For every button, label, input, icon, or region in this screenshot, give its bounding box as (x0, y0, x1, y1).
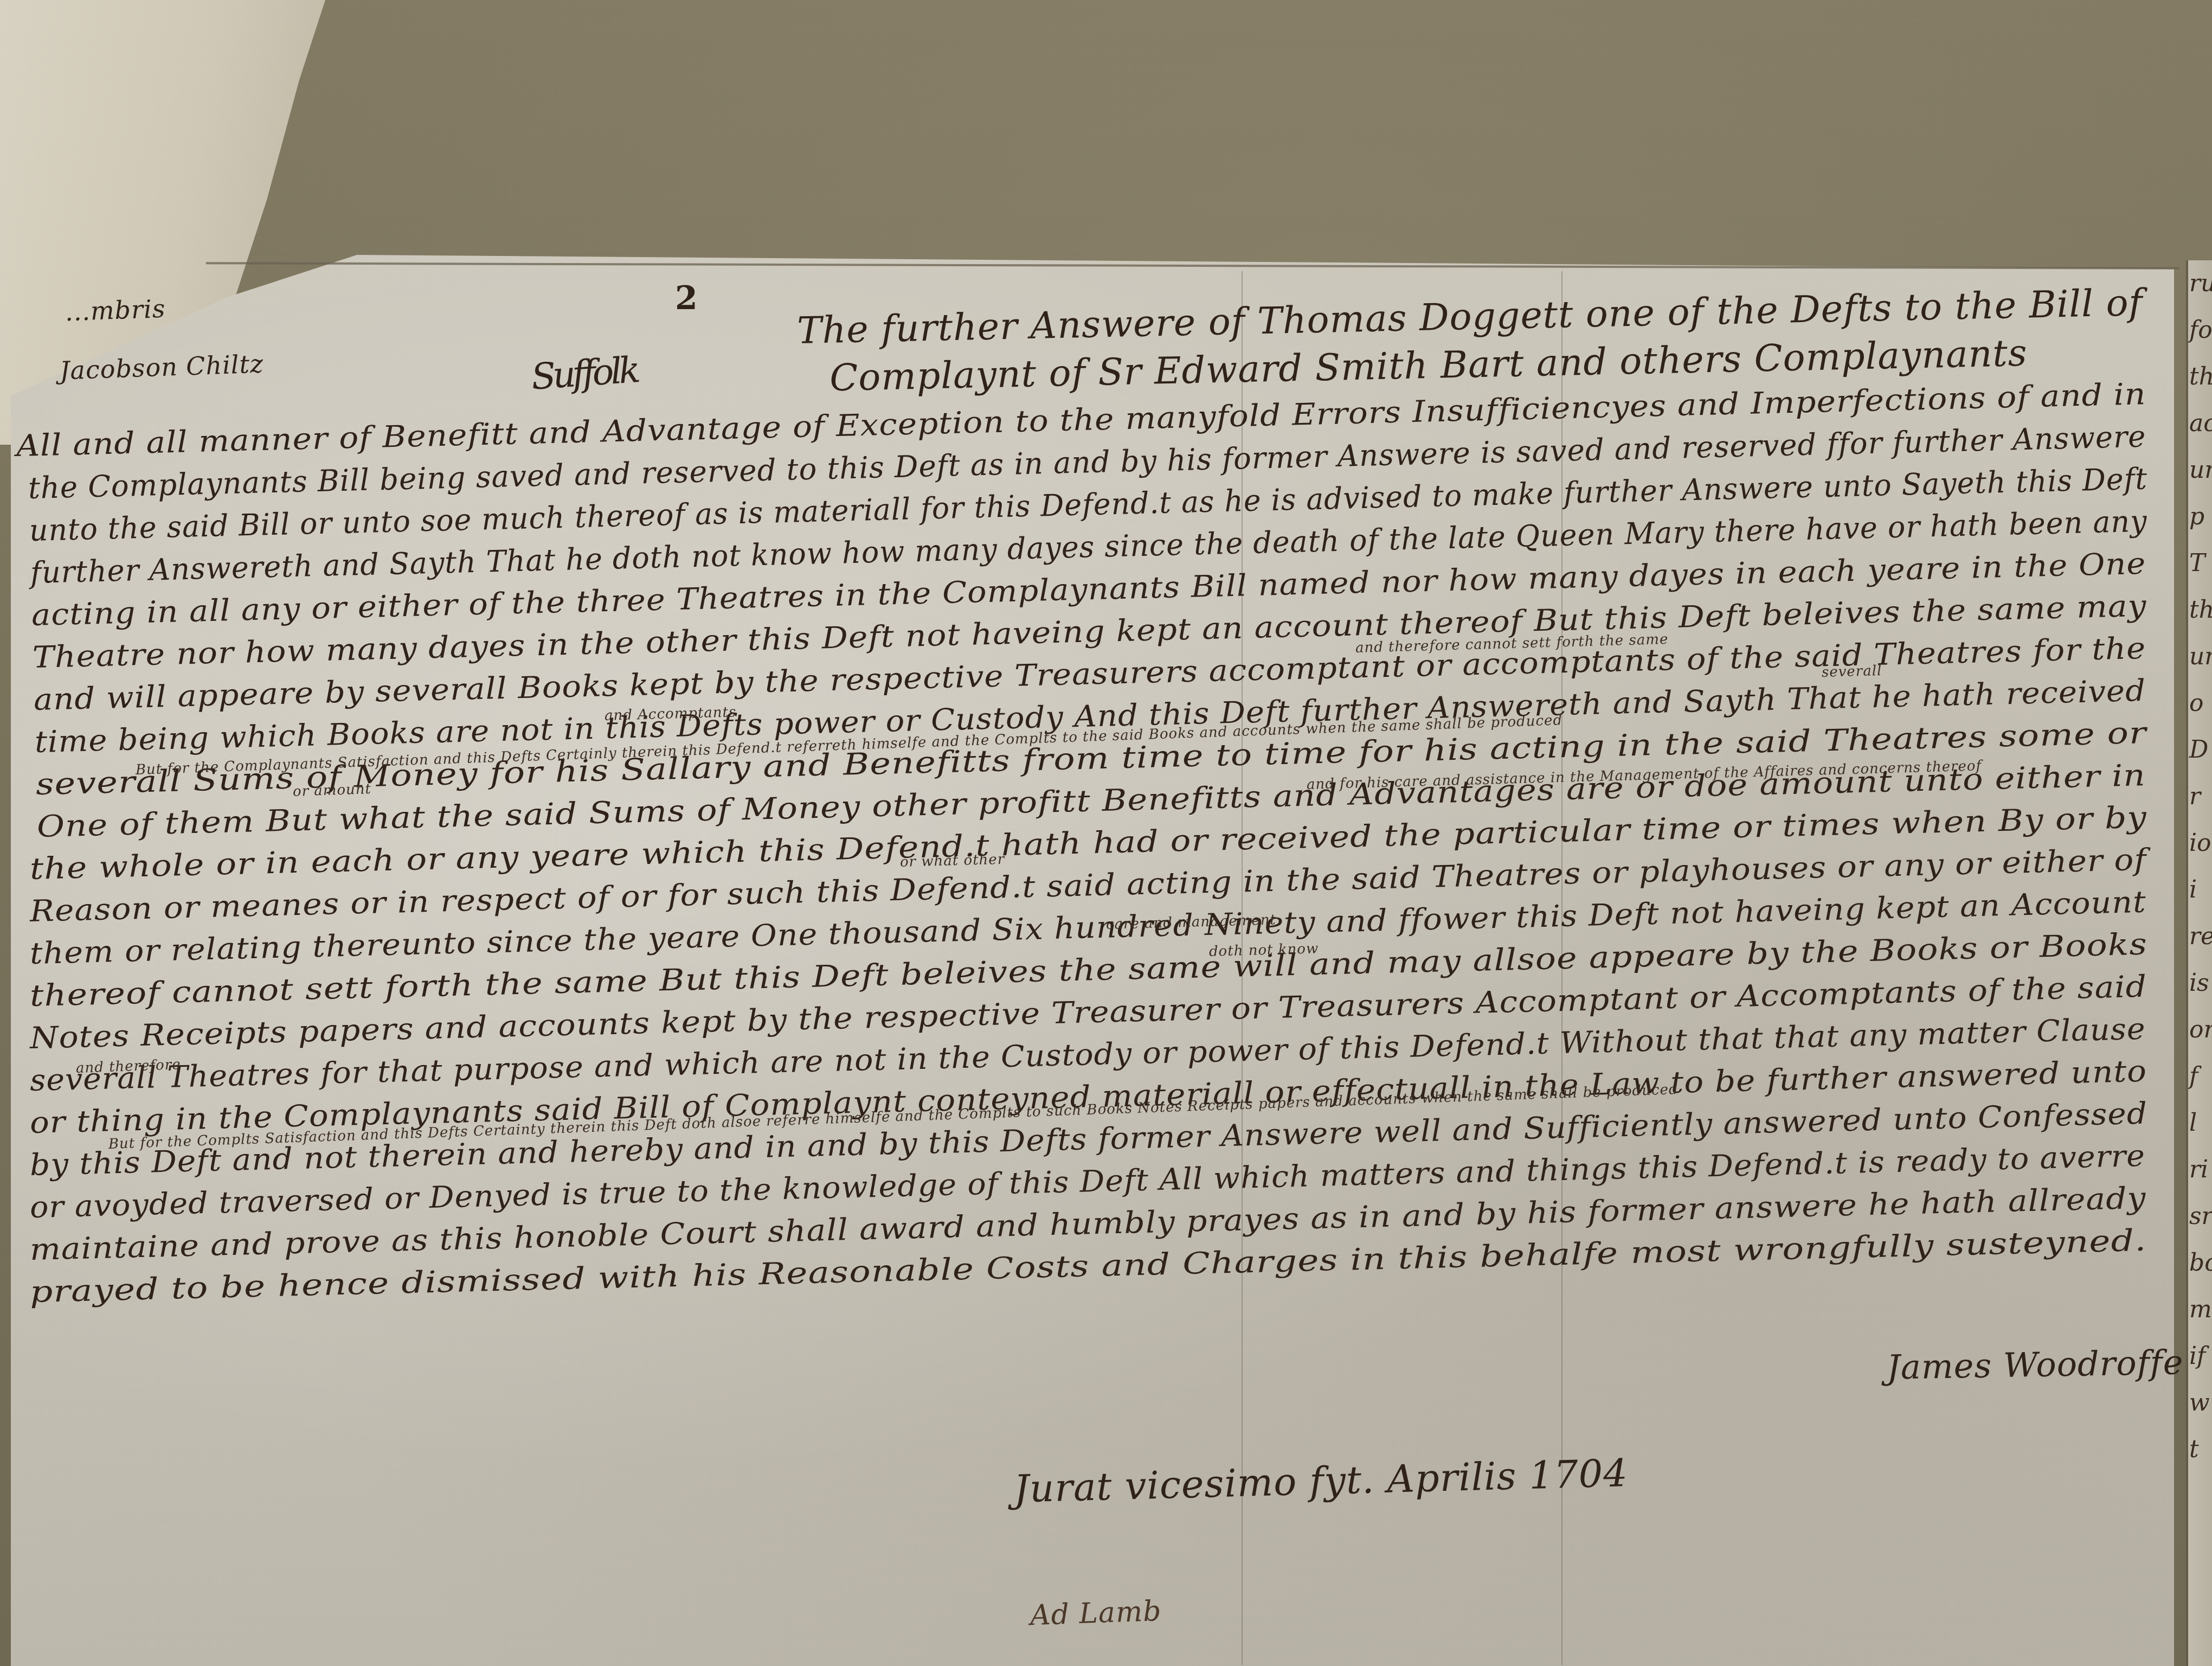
edge-fragment: T (2188, 540, 2212, 587)
edge-fragment: ur (2188, 447, 2212, 494)
edge-fragment: if (2188, 1333, 2212, 1380)
folio-number: 2 (675, 279, 698, 317)
interlinear-note: or what other (900, 851, 1005, 870)
edge-fragment: sr (2188, 1193, 2212, 1240)
edge-fragment: m (2188, 1286, 2212, 1333)
edge-fragment: fo (2188, 307, 2212, 354)
interlinear-note: doth not know (1209, 940, 1319, 960)
edge-fragment: io (2188, 820, 2212, 867)
edge-fragment: ac (2188, 400, 2212, 447)
edge-fragment: is (2188, 960, 2212, 1007)
edge-fragment: re (2188, 913, 2212, 960)
edge-fragment: un (2188, 633, 2212, 680)
interlinear-note: severall (1822, 663, 1882, 681)
paraph-mark: Suffolk (530, 349, 639, 398)
edge-fragment: l (2188, 1100, 2212, 1146)
edge-fragment: th (2188, 354, 2212, 400)
edge-fragment: o (2188, 680, 2212, 727)
edge-fragment: f (2188, 1053, 2212, 1100)
edge-fragment: bo (2188, 1240, 2212, 1286)
signature-james-woodroffe: James Woodroffe (1886, 1342, 2183, 1387)
endorsement-lamb: Ad Lamb (1030, 1595, 1162, 1632)
edge-fragment: D (2188, 727, 2212, 773)
edge-fragment: or (2188, 1007, 2212, 1053)
interlinear-note: or amount (292, 781, 371, 800)
edge-fragment: w (2188, 1380, 2212, 1426)
edge-fragment: t (2188, 1426, 2212, 1473)
edge-fragment: th (2188, 587, 2212, 633)
edge-fragment: r (2188, 773, 2212, 820)
edge-fragment: p (2188, 494, 2212, 540)
adjacent-page-strip: rufothacurpTthunoDrioireisorflrisrbomifw… (2188, 260, 2212, 1666)
edge-fragment: ri (2188, 1146, 2212, 1193)
edge-fragment: i (2188, 867, 2212, 913)
edge-fragment: ru (2188, 260, 2212, 307)
margin-note: ...mbris (65, 294, 166, 326)
